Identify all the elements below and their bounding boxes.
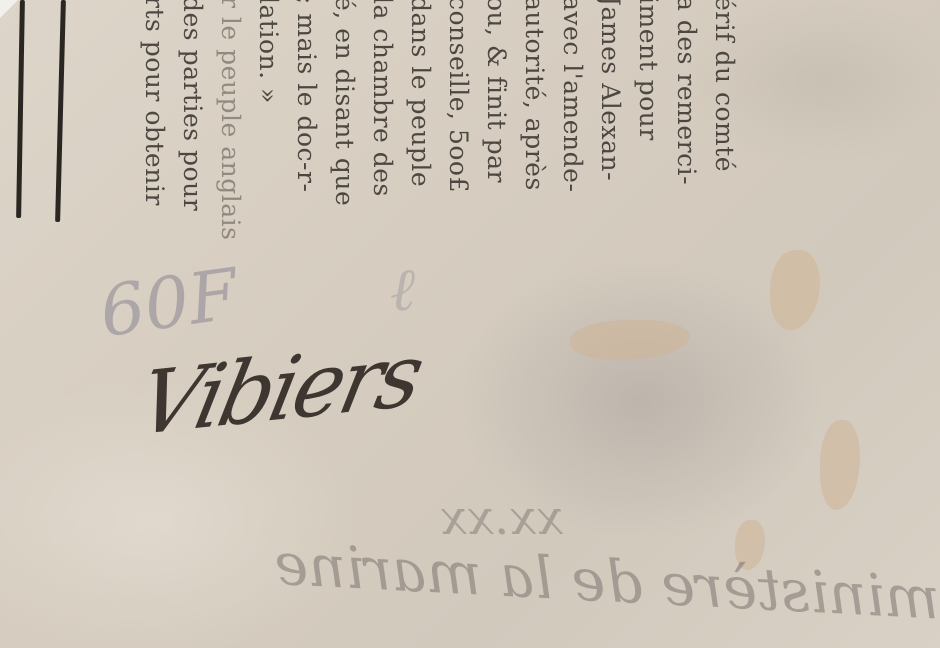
- print-line: autorité, après: [515, 0, 553, 241]
- print-line: é, en disant que: [325, 0, 363, 241]
- print-line: James Alexan-: [591, 0, 629, 241]
- print-line: des parties pour: [173, 0, 211, 241]
- bleed-through-handwriting: xx.xx: [440, 490, 564, 546]
- print-line: la chambre des: [363, 0, 401, 241]
- print-line: avec l'amende-: [553, 0, 591, 241]
- print-line: r le peuple anglais: [211, 0, 249, 241]
- print-line: conseille, 5oo£: [439, 0, 477, 241]
- torn-corner: [0, 0, 18, 18]
- print-line: iment pour: [629, 0, 667, 241]
- printed-text-columns: érif du comté a des remerci- iment pour …: [135, 0, 743, 241]
- print-line: lation. »: [249, 0, 287, 241]
- pencil-annotation-faint: ℓ: [390, 255, 415, 325]
- print-line: ou, & finit par: [477, 0, 515, 241]
- print-line: rts pour obtenir: [135, 0, 173, 241]
- print-line: dans le peuple: [401, 0, 439, 241]
- print-line: a des remerci-: [667, 0, 705, 241]
- print-line: ; mais le doc-r-: [287, 0, 325, 241]
- print-line: érif du comté: [705, 0, 743, 241]
